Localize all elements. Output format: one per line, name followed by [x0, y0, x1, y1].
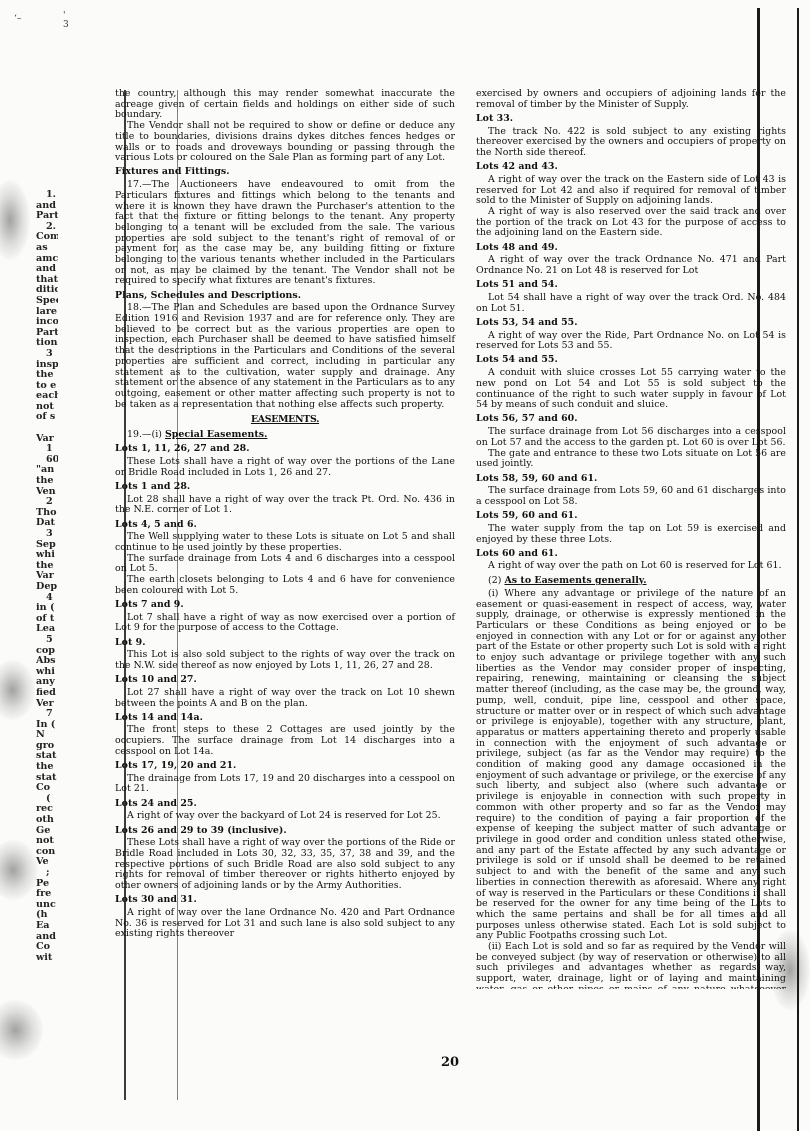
lot-paragraph: The gate and entrance to these two Lots …: [476, 449, 786, 470]
gutter-fragment: of s: [36, 412, 58, 423]
scan-smudge: [0, 660, 35, 720]
lot-paragraph: Lot 27 shall have a right of way over th…: [115, 688, 455, 709]
subsection-heading: 19.—(i) Special Easements.: [115, 430, 455, 441]
lot-paragraph: The drainage from Lots 17, 19 and 20 dis…: [115, 774, 455, 795]
lot-paragraph: A right of way over the track Ordnance N…: [476, 255, 786, 276]
scan-mark: '3: [63, 12, 69, 30]
lot-heading: Lot 33.: [476, 114, 786, 125]
paragraph-17: 17.—The Auctioneers have endeavoured to …: [115, 180, 455, 287]
fold-line-right-b: [797, 8, 799, 1131]
lot-paragraph: These Lots shall have a right of way ove…: [115, 838, 455, 892]
lot-heading: Lots 54 and 55.: [476, 355, 786, 366]
lot-heading: Lots 51 and 54.: [476, 280, 786, 291]
gutter-fragment: fied: [36, 688, 58, 699]
lot-paragraph: The Well supplying water to these Lots i…: [115, 532, 455, 553]
lot-heading: Lots 14 and 14a.: [115, 713, 455, 724]
gutter-fragment: 3: [36, 529, 58, 540]
adjacent-page-fragments: 1.andPart2.ComasamcandthatditioSpeclarei…: [36, 190, 58, 963]
lot-paragraph: The earth closets belonging to Lots 4 an…: [115, 575, 455, 596]
gutter-fragment: Dep: [36, 582, 58, 593]
section-heading: Fixtures and Fittings.: [115, 167, 455, 178]
paragraph: The Vendor shall not be required to show…: [115, 121, 455, 164]
easements-title: EASEMENTS.: [115, 415, 455, 426]
lot-paragraph: These Lots shall have a right of way ove…: [115, 457, 455, 478]
paragraph: exercised by owners and occupiers of adj…: [476, 89, 786, 110]
scan-smudge: [0, 180, 30, 260]
paragraph: the country, although this may render so…: [115, 89, 455, 121]
gutter-fragment: Ea: [36, 921, 58, 932]
lot-paragraph: The surface drainage from Lots 4 and 6 d…: [115, 554, 455, 575]
lot-heading: Lots 56, 57 and 60.: [476, 414, 786, 425]
lot-paragraph: A right of way is also reserved over the…: [476, 207, 786, 239]
lot-paragraph: A right of way over the Ride, Part Ordna…: [476, 331, 786, 352]
lot-heading: Lots 58, 59, 60 and 61.: [476, 474, 786, 485]
lot-heading: Lots 59, 60 and 61.: [476, 511, 786, 522]
lot-heading: Lots 7 and 9.: [115, 600, 455, 611]
lot-heading: Lots 17, 19, 20 and 21.: [115, 761, 455, 772]
lot-paragraph: A right of way over the track on the Eas…: [476, 175, 786, 207]
lot-paragraph: The front steps to these 2 Cottages are …: [115, 725, 455, 757]
lot-paragraph: The track No. 422 is sold subject to any…: [476, 127, 786, 159]
lot-paragraph: Lot 54 shall have a right of way over th…: [476, 293, 786, 314]
scan-smudge: [0, 1000, 43, 1060]
lot-paragraph: A conduit with sluice crosses Lot 55 car…: [476, 368, 786, 411]
lot-heading: Lot 9.: [115, 638, 455, 649]
lot-heading: Lots 24 and 25.: [115, 799, 455, 810]
lot-heading: Lots 1, 11, 26, 27 and 28.: [115, 444, 455, 455]
lot-paragraph: A right of way over the path on Lot 60 i…: [476, 561, 786, 572]
lot-heading: Lots 10 and 27.: [115, 675, 455, 686]
lot-heading: Lots 30 and 31.: [115, 895, 455, 906]
lot-paragraph: Lot 28 shall have a right of way over th…: [115, 495, 455, 516]
scan-smudge: [0, 840, 38, 900]
gutter-fragment: 3: [36, 349, 58, 360]
lot-heading: Lots 4, 5 and 6.: [115, 520, 455, 531]
gutter-fragment: Spec: [36, 296, 58, 307]
lot-paragraph: Lot 7 shall have a right of way as now e…: [115, 613, 455, 634]
lot-heading: Lots 48 and 49.: [476, 243, 786, 254]
scan-mark: ‘–: [14, 14, 21, 24]
lot-heading: Lots 26 and 29 to 39 (inclusive).: [115, 826, 455, 837]
gutter-fragment: as: [36, 243, 58, 254]
gutter-fragment: ;: [36, 868, 58, 879]
section-heading: Plans, Schedules and Descriptions.: [115, 291, 455, 302]
left-column: the country, although this may render so…: [115, 89, 455, 940]
paragraph: (i) Where any advantage or privilege of …: [476, 589, 786, 942]
paragraph: (ii) Each Lot is sold and so far as requ…: [476, 942, 786, 989]
easement-sections: Lot 33.The track No. 422 is sold subject…: [476, 114, 786, 572]
lot-paragraph: The water supply from the tap on Lot 59 …: [476, 524, 786, 545]
lot-heading: Lots 53, 54 and 55.: [476, 318, 786, 329]
page-number: 20: [441, 1055, 459, 1070]
lot-paragraph: This Lot is also sold subject to the rig…: [115, 650, 455, 671]
right-column: exercised by owners and occupiers of adj…: [476, 89, 786, 989]
lot-heading: Lots 60 and 61.: [476, 549, 786, 560]
gutter-fragment: 5: [36, 635, 58, 646]
lot-paragraph: A right of way over the lane Ordnance No…: [115, 908, 455, 940]
subsection-heading: (2) As to Easements generally.: [476, 576, 786, 587]
easement-sections: Lots 1, 11, 26, 27 and 28.These Lots sha…: [115, 444, 455, 940]
lot-heading: Lots 42 and 43.: [476, 162, 786, 173]
lot-paragraph: The surface drainage from Lot 56 dischar…: [476, 427, 786, 448]
gutter-fragment: 1.: [36, 190, 58, 201]
lot-heading: Lots 1 and 28.: [115, 482, 455, 493]
lot-paragraph: The surface drainage from Lots 59, 60 an…: [476, 486, 786, 507]
gutter-fragment: wit: [36, 953, 58, 964]
lot-paragraph: A right of way over the backyard of Lot …: [115, 811, 455, 822]
paragraph-18: 18.—The Plan and Schedules are based upo…: [115, 303, 455, 410]
